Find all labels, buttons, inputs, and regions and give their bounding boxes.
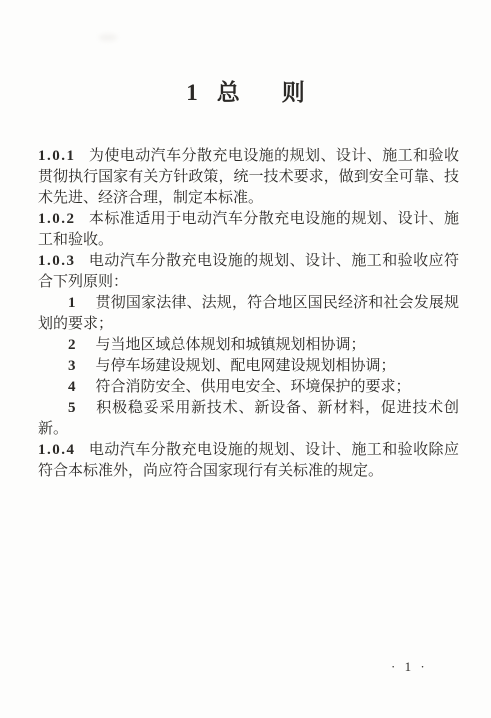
document-page: 1总则 1.0.1为使电动汽车分散充电设施的规划、设计、施工和验收贯彻执行国家有… [0, 0, 491, 718]
list-item-4: 4符合消防安全、供用电安全、环境保护的要求； [38, 377, 459, 398]
clause-1-0-4: 1.0.4电动汽车分散充电设施的规划、设计、施工和验收除应符合本标准外，尚应符合… [38, 440, 459, 482]
list-item-3: 3与停车场建设规划、配电网建设规划相协调； [38, 356, 459, 377]
item-number: 2 [68, 337, 76, 353]
item-text: 符合消防安全、供用电安全、环境保护的要求； [96, 379, 411, 395]
body-text: 1.0.1为使电动汽车分散充电设施的规划、设计、施工和验收贯彻执行国家有关方针政… [38, 146, 459, 482]
item-text: 与停车场建设规划、配电网建设规划相协调； [96, 358, 396, 374]
page-number: · 1 · [391, 659, 428, 675]
item-number: 4 [68, 379, 76, 395]
chapter-word-second: 则 [282, 80, 305, 105]
clause-text: 电动汽车分散充电设施的规划、设计、施工和验收除应符合本标准外，尚应符合国家现行有… [38, 442, 459, 479]
item-number: 5 [68, 400, 76, 416]
list-item-1: 1贯彻国家法律、法规，符合地区国民经济和社会发展规划的要求； [38, 293, 459, 335]
clause-1-0-1: 1.0.1为使电动汽车分散充电设施的规划、设计、施工和验收贯彻执行国家有关方针政… [38, 146, 459, 209]
clause-number: 1.0.2 [38, 211, 76, 227]
item-number: 1 [68, 295, 76, 311]
item-text: 贯彻国家法律、法规，符合地区国民经济和社会发展规划的要求； [38, 295, 459, 332]
chapter-title: 1总则 [0, 78, 491, 108]
chapter-number: 1 [186, 80, 198, 105]
item-text: 积极稳妥采用新技术、新设备、新材料，促进技术创新。 [38, 400, 459, 437]
chapter-word-first: 总 [217, 80, 240, 105]
clause-text: 本标准适用于电动汽车分散充电设施的规划、设计、施工和验收。 [38, 211, 459, 248]
clause-text: 为使电动汽车分散充电设施的规划、设计、施工和验收贯彻执行国家有关方针政策，统一技… [38, 148, 459, 206]
item-number: 3 [68, 358, 76, 374]
clause-number: 1.0.1 [38, 148, 76, 164]
clause-number: 1.0.4 [38, 442, 76, 458]
clause-text: 电动汽车分散充电设施的规划、设计、施工和验收应符合下列原则： [38, 253, 459, 290]
scan-artifact [99, 34, 117, 41]
clause-number: 1.0.3 [38, 253, 76, 269]
list-item-2: 2与当地区域总体规划和城镇规划相协调； [38, 335, 459, 356]
clause-1-0-3: 1.0.3电动汽车分散充电设施的规划、设计、施工和验收应符合下列原则： [38, 251, 459, 293]
clause-1-0-2: 1.0.2本标准适用于电动汽车分散充电设施的规划、设计、施工和验收。 [38, 209, 459, 251]
item-text: 与当地区域总体规划和城镇规划相协调； [96, 337, 366, 353]
list-item-5: 5积极稳妥采用新技术、新设备、新材料，促进技术创新。 [38, 398, 459, 440]
